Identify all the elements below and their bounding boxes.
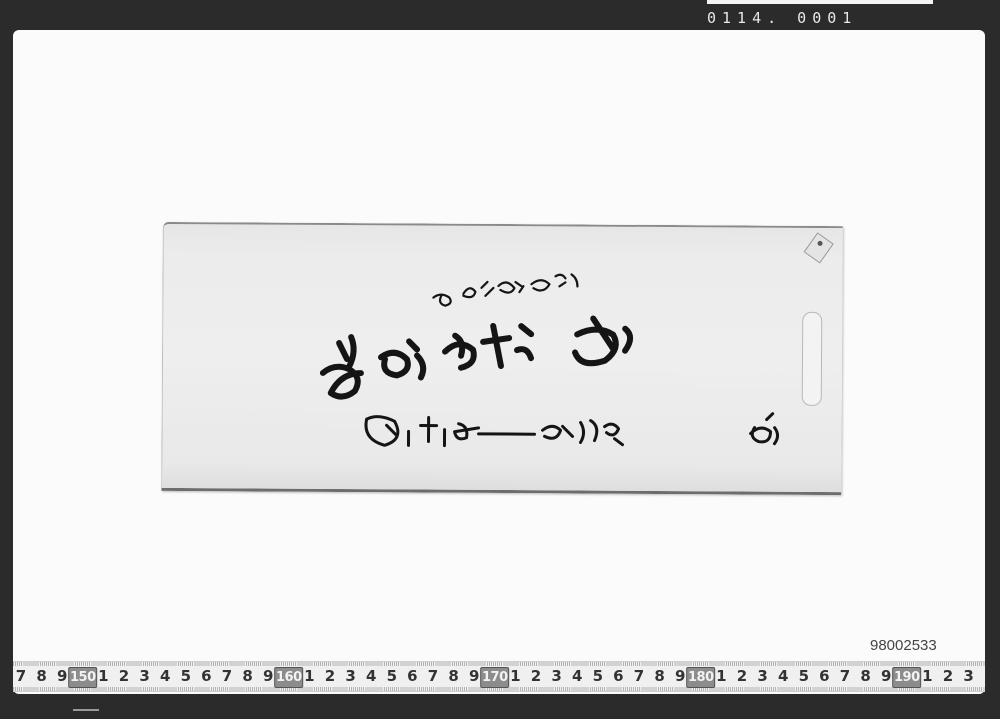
ruler-label: 9 <box>469 667 479 686</box>
ruler-label: 8 <box>36 667 46 686</box>
ruler-label: 1 <box>716 667 726 686</box>
ruler-label: 5 <box>799 667 809 686</box>
ruler-label: 8 <box>448 667 458 686</box>
ruler-label: 1 <box>922 667 932 686</box>
ruler-label: 5 <box>181 667 191 686</box>
ruler-label: 8 <box>860 667 870 686</box>
ruler-label: 4 <box>778 667 788 686</box>
ruler-label: 2 <box>325 667 335 686</box>
ruler-major-label: 160 <box>274 667 304 688</box>
handwritten-note <box>161 222 843 495</box>
ruler-label: 5 <box>593 667 603 686</box>
ruler-major-label: 170 <box>480 667 510 688</box>
ruler-label: 3 <box>551 667 561 686</box>
calligraphy-text <box>162 224 843 492</box>
ruler-label: 3 <box>963 667 973 686</box>
top-label-strip <box>707 0 933 4</box>
ruler-label: 6 <box>407 667 417 686</box>
ruler-label: 7 <box>428 667 438 686</box>
measuring-ruler: 7891501234567891601234567891701234567891… <box>13 661 985 692</box>
ruler-label: 2 <box>737 667 747 686</box>
ruler-major-label: 180 <box>686 667 716 688</box>
ruler-label: 4 <box>366 667 376 686</box>
ruler-label: 7 <box>634 667 644 686</box>
ruler-label: 2 <box>943 667 953 686</box>
ruler-label: 6 <box>819 667 829 686</box>
archive-id: 98002533 <box>870 637 937 654</box>
ruler-label: 6 <box>201 667 211 686</box>
ruler-label: 1 <box>304 667 314 686</box>
ruler-label: 5 <box>387 667 397 686</box>
ruler-label: 2 <box>531 667 541 686</box>
frame-number: 0114. 0001 <box>707 9 857 27</box>
ruler-label: 3 <box>345 667 355 686</box>
ruler-label: 9 <box>881 667 891 686</box>
scan-board: 98002533 7891501234567891601234567891701… <box>13 30 985 694</box>
ruler-label: 4 <box>572 667 582 686</box>
ruler-label: 2 <box>119 667 129 686</box>
ruler-major-label: 150 <box>68 667 98 688</box>
ruler-label: 9 <box>675 667 685 686</box>
ruler-label: 7 <box>222 667 232 686</box>
ruler-label: 3 <box>139 667 149 686</box>
ruler-label: 9 <box>57 667 67 686</box>
ruler-label: 8 <box>654 667 664 686</box>
ruler-label: 3 <box>757 667 767 686</box>
ruler-label: 1 <box>98 667 108 686</box>
ruler-label: 8 <box>242 667 252 686</box>
ruler-label: 6 <box>613 667 623 686</box>
film-marking <box>73 709 99 711</box>
ruler-major-label: 190 <box>892 667 922 688</box>
ruler-label: 7 <box>16 667 26 686</box>
ruler-label: 9 <box>263 667 273 686</box>
ruler-label: 1 <box>510 667 520 686</box>
ruler-label: 7 <box>840 667 850 686</box>
ruler-label: 4 <box>160 667 170 686</box>
